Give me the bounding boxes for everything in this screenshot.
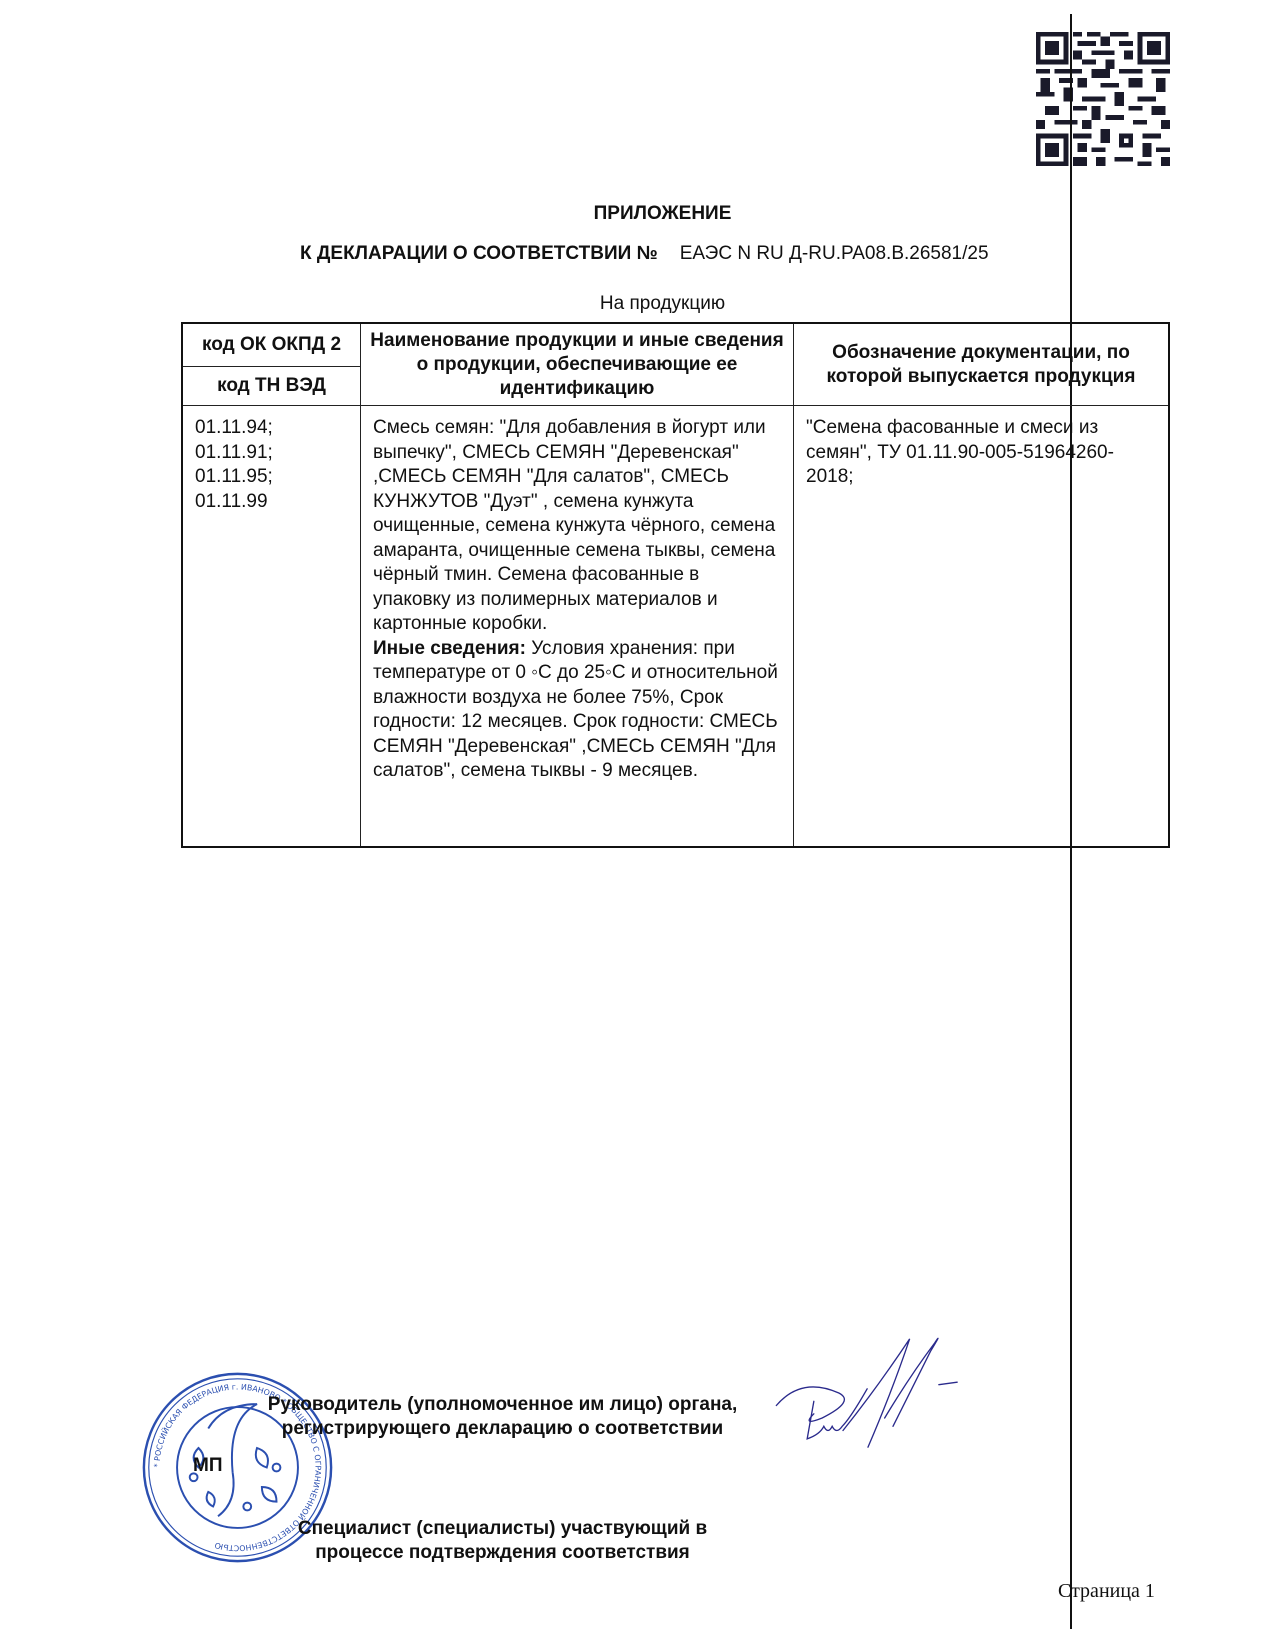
- document-subtitle: На продукцию: [0, 293, 1275, 315]
- other-info-text: Условия хранения: при температуре от 0 ◦…: [373, 638, 778, 782]
- code-item: 01.11.94;: [195, 416, 348, 441]
- declaration-label: К ДЕКЛАРАЦИИ О СООТВЕТСТВИИ №: [300, 243, 658, 264]
- product-description: Смесь семян: "Для добавления в йогурт ил…: [373, 417, 775, 634]
- head-signature-label: Руководитель (уполномоченное им лицо) ор…: [260, 1393, 745, 1441]
- document-title: ПРИЛОЖЕНИЕ: [0, 203, 1275, 225]
- declaration-line: К ДЕКЛАРАЦИИ О СООТВЕТСТВИИ №ЕАЭС N RU Д…: [300, 243, 989, 265]
- stamp-place-label: МП: [193, 1455, 222, 1477]
- header-tn-ved: код ТН ВЭД: [182, 367, 361, 406]
- specialist-signature-label: Специалист (специалисты) участвующий в п…: [260, 1517, 745, 1565]
- handwritten-signature: [748, 1318, 988, 1468]
- page-number: Страница 1: [1058, 1580, 1155, 1603]
- product-description-cell: Смесь семян: "Для добавления в йогурт ил…: [361, 406, 794, 848]
- products-table: код ОК ОКПД 2 Наименование продукции и и…: [181, 322, 1170, 848]
- table-header-row: код ОК ОКПД 2 Наименование продукции и и…: [182, 323, 1169, 367]
- table-row: 01.11.94; 01.11.91; 01.11.95; 01.11.99 С…: [182, 406, 1169, 848]
- qr-code: [1036, 32, 1170, 166]
- header-documentation: Обозначение документации, по которой вып…: [794, 323, 1170, 406]
- code-item: 01.11.95;: [195, 465, 348, 490]
- code-item: 01.11.91;: [195, 441, 348, 466]
- other-info-label: Иные сведения:: [373, 638, 526, 659]
- code-item: 01.11.99: [195, 490, 348, 515]
- documentation-cell: "Семена фасованные и смеси из семян", ТУ…: [794, 406, 1170, 848]
- codes-cell: 01.11.94; 01.11.91; 01.11.95; 01.11.99: [182, 406, 361, 848]
- header-okpd2: код ОК ОКПД 2: [182, 323, 361, 367]
- header-product-info: Наименование продукции и иные сведения о…: [361, 323, 794, 406]
- declaration-number: ЕАЭС N RU Д-RU.PA08.B.26581/25: [680, 243, 989, 264]
